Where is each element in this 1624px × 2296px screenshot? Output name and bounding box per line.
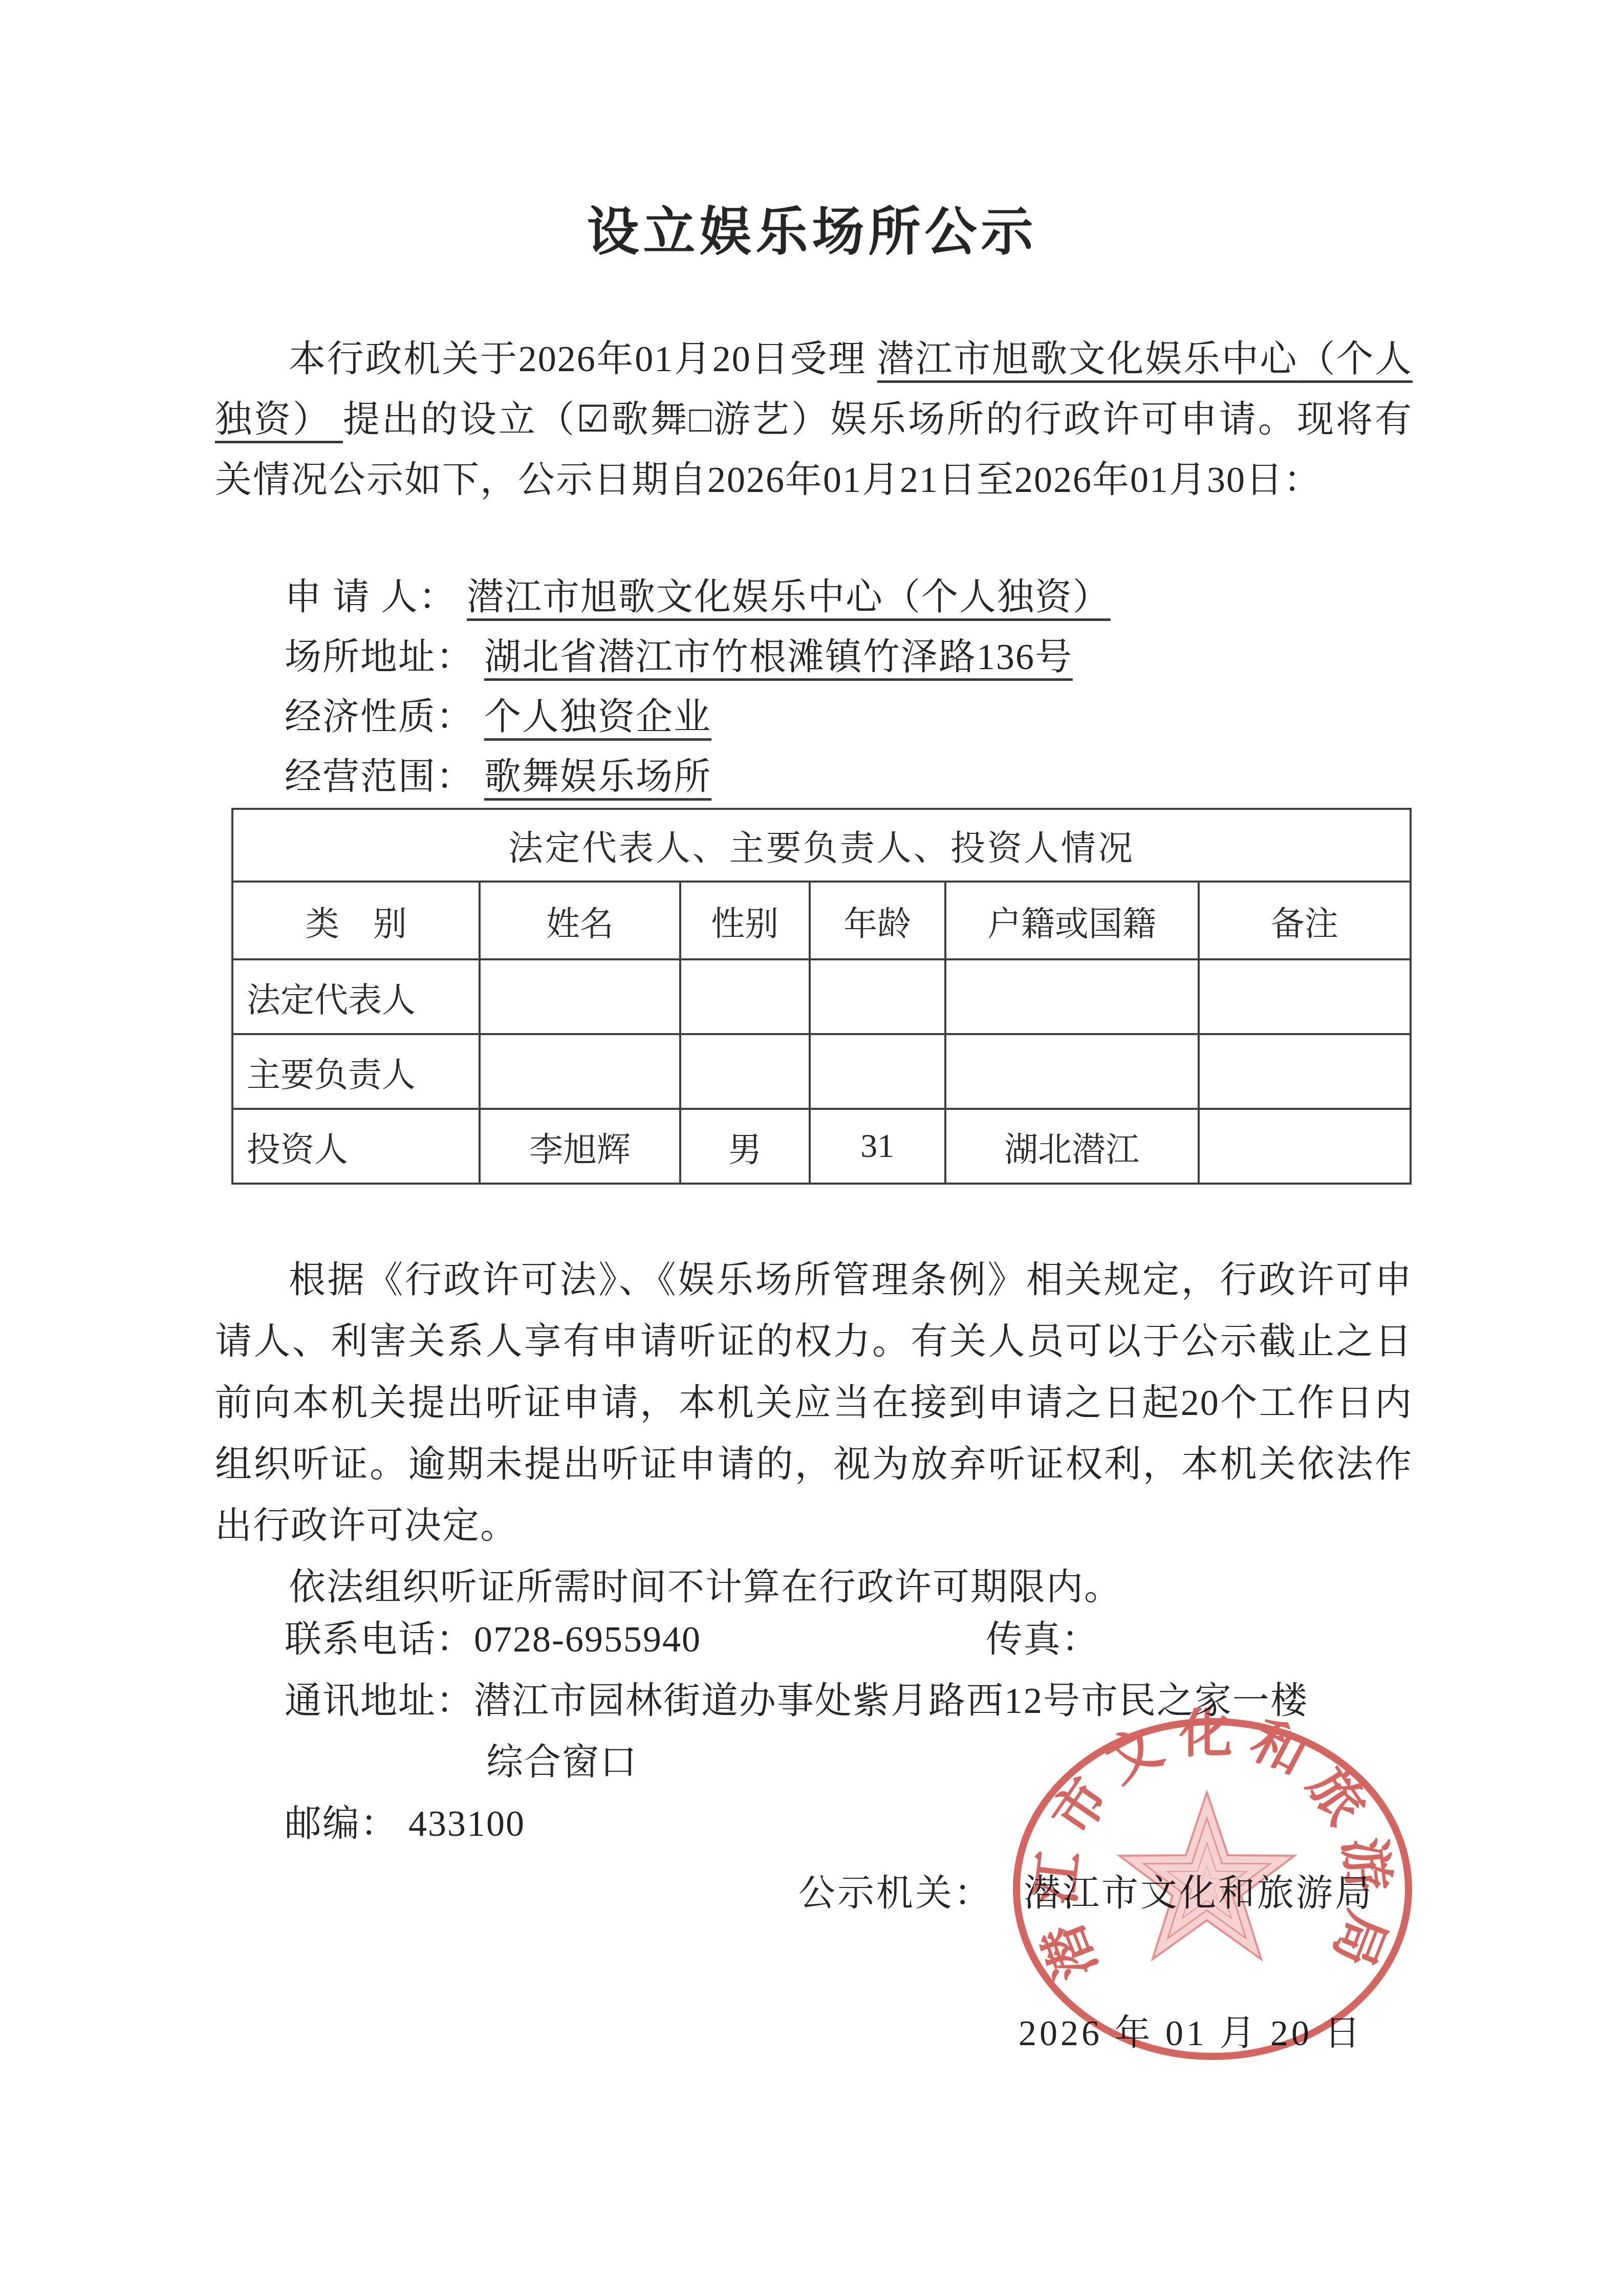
applicant-label: 申 请 人： (285, 576, 457, 617)
cell-name: 李旭辉 (480, 1109, 680, 1184)
legal-representative-table: 法定代表人、主要负责人、投资人情况 类 别 姓名 性别 年龄 户籍或国籍 备注 … (231, 808, 1412, 1185)
zip-label: 邮编： (285, 1803, 398, 1844)
header-note: 备注 (1199, 882, 1411, 959)
cell-origin: 湖北潜江 (945, 1109, 1199, 1184)
intro-segment-1: 本行政机关于2026年01月20日受理 (289, 338, 877, 379)
table-row-principal: 主要负责人 (232, 1034, 1411, 1109)
cell-note (1199, 959, 1411, 1034)
contact-section: 联系电话：0728-6955940 传真： 通讯地址：潜江市园林街道办事处紫月路… (215, 1608, 1413, 1854)
phone-label: 联系电话： (285, 1619, 474, 1660)
cell-gender (680, 959, 810, 1034)
cell-age (810, 959, 945, 1034)
company-name-underlined: 潜江市旭歌文化娱乐中心 (877, 338, 1298, 379)
mailing-address-value: 潜江市园林街道办事处紫月路西12号市民之家一楼 (474, 1680, 1308, 1721)
cell-origin (945, 959, 1199, 1034)
table-row-investor: 投资人 李旭辉 男 31 湖北潜江 (232, 1109, 1411, 1184)
venue-address-label: 场所地址： (285, 636, 474, 677)
page-title: 设立娱乐场所公示 (0, 197, 1624, 269)
cell-age: 31 (810, 1109, 945, 1184)
business-scope-label: 经营范围： (285, 756, 474, 797)
cell-origin (945, 1034, 1199, 1109)
table-title-row: 法定代表人、主要负责人、投资人情况 (232, 809, 1411, 882)
cell-name (480, 959, 680, 1034)
announcement-date: 2026 年 01 月 20 日 (1019, 2006, 1363, 2062)
intro-segment-2: 提出的设立（☑歌舞□游艺）娱乐场所的行政许可申请。现将有关情况公示如下，公示日期… (215, 399, 1413, 500)
announcing-org-line: 公示机关：潜江市文化和旅游局 (798, 1862, 1374, 1924)
announcing-org-value: 潜江市文化和旅游局 (1024, 1873, 1374, 1914)
hearing-paragraph: 根据《行政许可法》、《娱乐场所管理条例》相关规定，行政许可申请人、利害关系人享有… (215, 1249, 1413, 1556)
economic-nature-label: 经济性质： (285, 696, 474, 737)
economic-nature-field: 经济性质： 个人独资企业 (285, 687, 1413, 747)
announcing-org-label: 公示机关： (798, 1873, 993, 1914)
venue-address-value: 湖北省潜江市竹根滩镇竹泽路136号 (484, 636, 1073, 677)
table-header-row: 类 别 姓名 性别 年龄 户籍或国籍 备注 (232, 882, 1411, 959)
header-name: 姓名 (480, 882, 680, 959)
fax-label: 传真： (986, 1608, 1099, 1670)
cell-category: 法定代表人 (232, 959, 480, 1034)
zip-value: 433100 (408, 1803, 525, 1844)
cell-note (1199, 1109, 1411, 1184)
scanned-notice-page: 设立娱乐场所公示 本行政机关于2026年01月20日受理 潜江市旭歌文化娱乐中心… (0, 0, 1624, 2296)
mailing-address-label: 通讯地址： (285, 1680, 474, 1721)
cell-age (810, 1034, 945, 1109)
business-scope-value: 歌舞娱乐场所 (484, 756, 711, 797)
applicant-value: 潜江市旭歌文化娱乐中心（个人独资） (467, 576, 1111, 617)
header-origin: 户籍或国籍 (945, 882, 1199, 959)
table-row-legal-rep: 法定代表人 (232, 959, 1411, 1034)
mailing-address-line: 通讯地址：潜江市园林街道办事处紫月路西12号市民之家一楼 (285, 1670, 1413, 1731)
hearing-section: 根据《行政许可法》、《娱乐场所管理条例》相关规定，行政许可申请人、利害关系人享有… (215, 1249, 1413, 1618)
field-list: 申 请 人： 潜江市旭歌文化娱乐中心（个人独资） 场所地址： 湖北省潜江市竹根滩… (215, 567, 1413, 807)
cell-gender (680, 1034, 810, 1109)
zip-line: 邮编： 433100 (285, 1793, 1413, 1854)
table-title: 法定代表人、主要负责人、投资人情况 (232, 809, 1411, 882)
venue-address-field: 场所地址： 湖北省潜江市竹根滩镇竹泽路136号 (285, 627, 1413, 687)
cell-category: 投资人 (232, 1109, 480, 1184)
cell-name (480, 1034, 680, 1109)
phone-fax-line: 联系电话：0728-6955940 传真： (285, 1608, 1413, 1670)
business-scope-field: 经营范围： 歌舞娱乐场所 (285, 747, 1413, 807)
applicant-field: 申 请 人： 潜江市旭歌文化娱乐中心（个人独资） (285, 567, 1413, 627)
phone-value: 0728-6955940 (474, 1619, 701, 1660)
cell-category: 主要负责人 (232, 1034, 480, 1109)
header-age: 年龄 (810, 882, 945, 959)
header-category: 类 别 (232, 882, 480, 959)
cell-gender: 男 (680, 1109, 810, 1184)
mailing-address-continued: 综合窗口 (486, 1731, 1413, 1793)
intro-text: 本行政机关于2026年01月20日受理 潜江市旭歌文化娱乐中心（个人独资） 提出… (215, 329, 1413, 510)
intro-paragraph: 本行政机关于2026年01月20日受理 潜江市旭歌文化娱乐中心（个人独资） 提出… (215, 329, 1413, 510)
economic-nature-value: 个人独资企业 (484, 696, 711, 737)
cell-note (1199, 1034, 1411, 1109)
header-gender: 性别 (680, 882, 810, 959)
